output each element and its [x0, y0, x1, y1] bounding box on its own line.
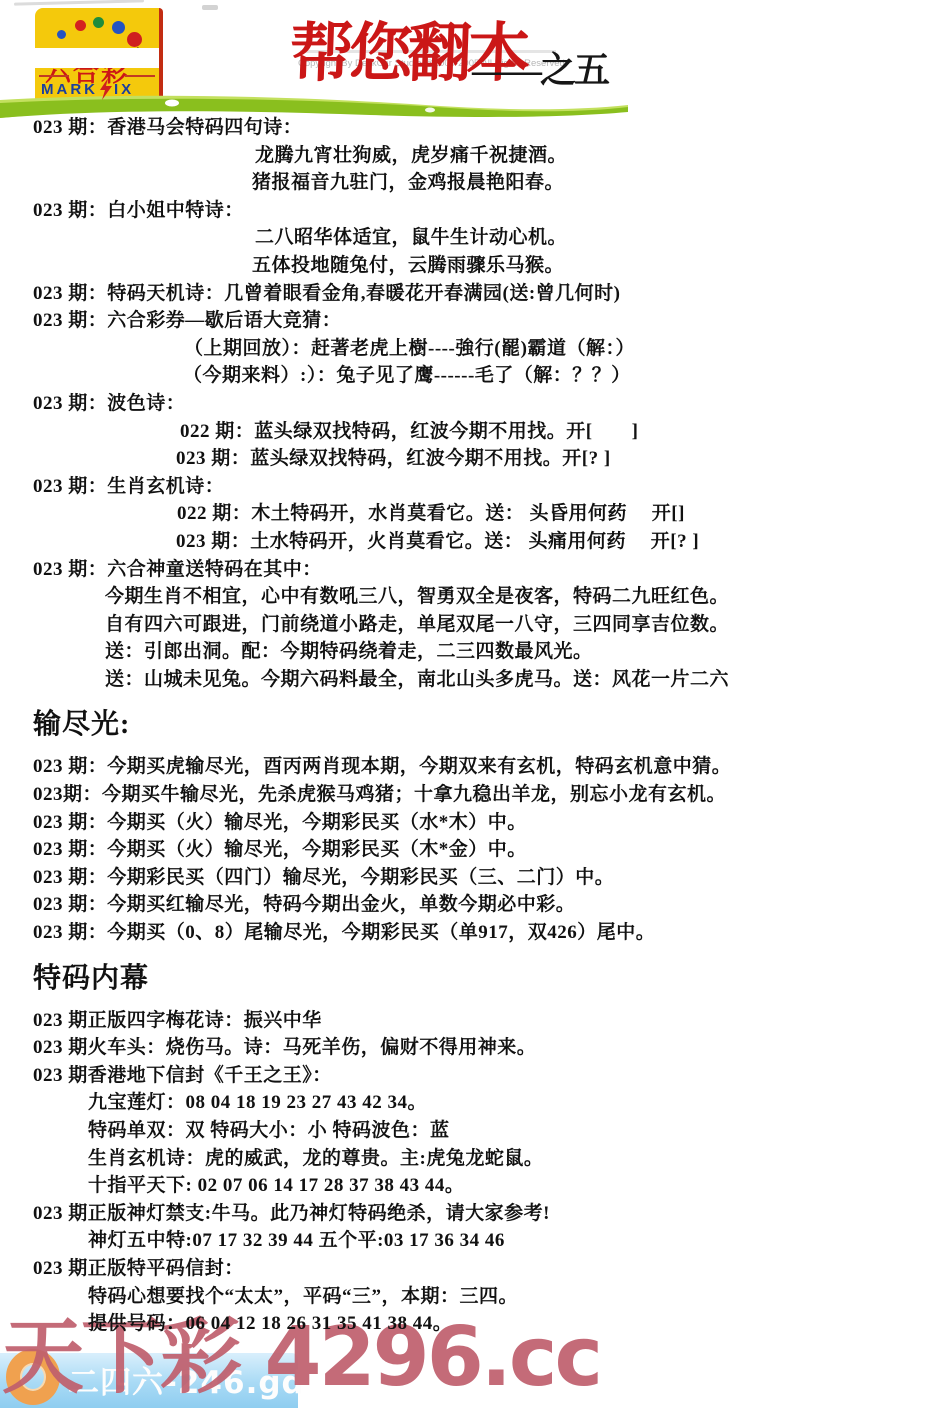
content-line: 023 期正版特平码信封： — [33, 1255, 936, 1283]
content-line: 猪报福音九驻门，金鸡报晨艳阳春。 — [33, 169, 936, 197]
content-line: 023 期：波色诗： — [33, 390, 936, 418]
logo-rule — [125, 75, 155, 77]
content-line: 十指平天下: 02 07 06 14 17 28 37 38 43 44。 — [33, 1172, 936, 1200]
ix-label: IX — [114, 81, 134, 98]
lightning-bolt-icon — [98, 78, 114, 100]
content-line: 五体投地随兔付，云腾雨骤乐马猴。 — [33, 252, 936, 280]
content-line: 023 期：今期买（火）输尽光，今期彩民买（木*金）中。 — [33, 836, 936, 864]
content-line: 023 期：今期买（0、8）尾输尽光，今期彩民买（单917，双426）尾中。 — [33, 919, 936, 947]
content-line: 023 期正版神灯禁支:牛马。此乃神灯特码绝杀，请大家参考! — [33, 1200, 936, 1228]
logo-dot-icon — [127, 32, 142, 47]
content-line: 龙腾九宵壮狗威，虎岁痛千祝捷酒。 — [33, 142, 936, 170]
title-suffix: ——之五 — [472, 42, 608, 93]
mark-six-wordmark: MARK IX — [41, 78, 155, 100]
content-line: 023 期：土水特码开，火肖莫看它。送： 头痛用何药 开[? ] — [33, 528, 936, 556]
content-line: 特码心想要找个“太太”，平码“三”，本期：三四。 — [33, 1283, 936, 1311]
content-line: 023 期火车头：烧伤马。诗：马死羊伤，偏财不得用神来。 — [33, 1034, 936, 1062]
logo-dot-icon — [112, 21, 125, 34]
logo-rule — [39, 75, 69, 77]
content-line: 023 期：蓝头绿双找特码，红波今期不用找。开[? ] — [33, 445, 936, 473]
content-line: 自有四六可跟进，门前绕道小路走，单尾双尾一八守，三四同享吉位数。 — [33, 611, 936, 639]
content-line: （上期回放）：赶著老虎上樹----強行(罷)霸道（解：） — [33, 335, 936, 363]
content-line: 023 期：今期彩民买（四门）输尽光，今期彩民买（三、二门）中。 — [33, 864, 936, 892]
section-heading: 特码内幕 — [33, 957, 936, 1001]
content-area: 023 期：香港马会特码四句诗：龙腾九宵壮狗威，虎岁痛千祝捷酒。猪报福音九驻门，… — [33, 114, 936, 1338]
scan-artifact — [14, 0, 144, 6]
content-line: 023 期：香港马会特码四句诗： — [33, 114, 936, 142]
mark-label: MARK — [41, 81, 98, 98]
content-line: 送：山城未见兔。今期六码料最全，南北山头多虎马。送：风花一片二六 — [33, 666, 936, 694]
content-line: 023 期正版四字梅花诗：振兴中华 — [33, 1007, 936, 1035]
content-line: 九宝莲灯：08 04 18 19 23 27 43 42 34。 — [33, 1089, 936, 1117]
content-line: 023 期：六合神童送特码在其中： — [33, 556, 936, 584]
content-line: 023 期：今期买虎输尽光，酉丙两肖现本期，今期双来有玄机，特码玄机意中猜。 — [33, 753, 936, 781]
content-line: 023 期：白小姐中特诗： — [33, 197, 936, 225]
content-line: 二八昭华体适宜，鼠牛生计动心机。 — [33, 224, 936, 252]
content-line: 022 期：木土特码开，水肖莫看它。送： 头昏用何药 开[] — [33, 500, 936, 528]
content-line: 神灯五中特:07 17 32 39 44 五个平:03 17 36 34 46 — [33, 1227, 936, 1255]
content-line: 特码单双：双 特码大小：小 特码波色：蓝 — [33, 1117, 936, 1145]
content-line: 今期生肖不相宜，心中有数吼三八，智勇双全是夜客，特码二九旺红色。 — [33, 583, 936, 611]
mark-six-logo: 六合彩 MARK IX — [35, 8, 163, 110]
logo-white-band — [35, 48, 163, 68]
header: 六合彩 MARK IX Copyright By DeskCar Studio … — [0, 0, 628, 120]
scan-artifact — [202, 5, 218, 10]
logo-dot-icon — [75, 20, 86, 31]
section-heading: 输尽光: — [33, 703, 936, 747]
logo-dot-icon — [93, 17, 104, 28]
content-line: 送：引郎出洞。配：今期特码绕着走，二三四数最风光。 — [33, 638, 936, 666]
content-line: 提供号码：06 04 12 18 26 31 35 41 38 44。 — [33, 1310, 936, 1338]
content-line: 023 期：今期买红输尽光，特码今期出金火，单数今期必中彩。 — [33, 891, 936, 919]
content-line: 022 期：蓝头绿双找特码，红波今期不用找。开[ ] — [33, 418, 936, 446]
content-line: 023 期：今期买（火）输尽光，今期彩民买（水*木）中。 — [33, 809, 936, 837]
content-line: 023期：今期买牛输尽光，先杀虎猴马鸡猪；十拿九稳出羊龙，别忘小龙有玄机。 — [33, 781, 936, 809]
content-line: 023 期香港地下信封《千王之王》： — [33, 1062, 936, 1090]
content-line: 023 期：生肖玄机诗： — [33, 473, 936, 501]
content-line: （今期来料）:）：兔子见了鹰------毛了（解：？？） — [33, 362, 936, 390]
logo-dot-icon — [57, 30, 66, 39]
content-line: 023 期：六合彩券—歇后语大竞猜： — [33, 307, 936, 335]
content-line: 023 期：特码天机诗：几曾着眼看金角,春暖花开春满园(送:曾几何时) — [33, 280, 936, 308]
content-line: 生肖玄机诗：虎的威武，龙的尊贵。主:虎兔龙蛇鼠。 — [33, 1145, 936, 1173]
page: { "header": { "logo": { "brand_cn": "六合彩… — [0, 0, 936, 1408]
